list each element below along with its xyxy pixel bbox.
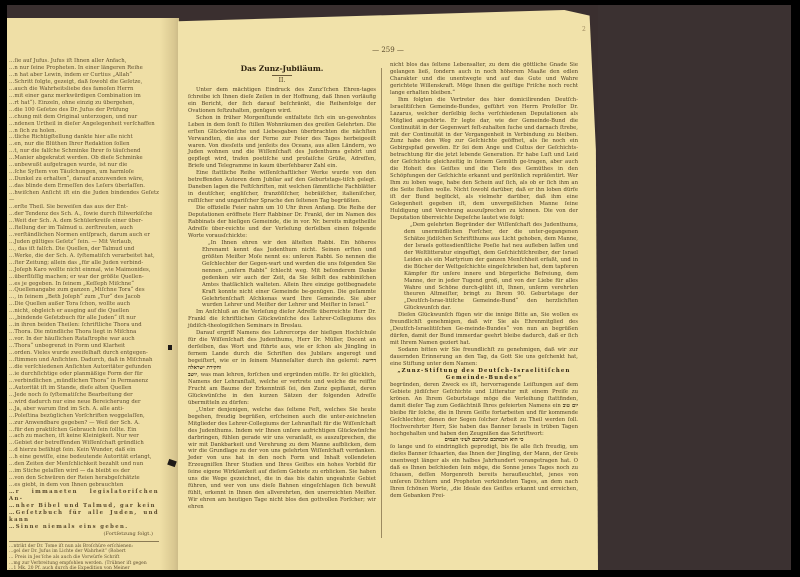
paragraph: Dieſen Glückwunſch fügen wir die innige … [390,312,578,347]
paragraph: nicht blos das ſeltene Lebensalter, zu d… [390,62,578,97]
text-line: …von den Schwüren der Reien herabgeſchät… [9,475,159,482]
text-line: …erſte Theil. Sie beweiſen das aus der E… [9,204,159,211]
paragraph-text: bleibe für ſolche, die in Ihrem Geiſte f… [390,410,578,437]
paragraph: Unter dem mächtigen Eindruck des Zunz’ſc… [188,87,376,115]
paragraph: Sodann bitten wir Sie freundlichſt zu ge… [390,347,578,368]
footnote-line: …1 Mk. 20 Pf. auch durch die Expedition … [9,566,159,570]
text-line: …die verſchiedenen Anſichten Autoritäter… [9,364,159,371]
paragraph-text: was man lehren, forſchen und ergründen m… [188,372,376,406]
text-line: …überflüſſig machen; er war der größte Q… [9,274,159,281]
text-line: …wird dadurch nur eine neue Bereicherung… [9,399,159,406]
text-line: …ſie auf Jufus. Jufus iſt Ihnen aller An… [9,58,159,65]
section-number: II. [188,78,376,85]
text-line: …unbewußt aufgetragen wurde, ist nur die [9,162,159,169]
scanner-background-right [598,5,791,570]
text-line: …Manier abgekratzt werden. Ob dieſe Schm… [9,155,159,162]
footnotes: …ntrikt der Dr. Tome iſt nun als Broſchü… [9,544,159,570]
text-line: …Ja, aber warum ſind im Sch. A. alle ant… [9,406,159,413]
column-divider [381,68,382,538]
text-line: …n ſich zu holen. [9,128,159,135]
hebrew-phrase: יום טוב [563,403,578,409]
text-line: …rt hat“). Einzeln, ohne einzig zu überg… [9,100,159,107]
paragraph: Ihm folgten die Vertreter des hier domic… [390,97,578,222]
text-line: …Dunkel zu erhalten“, darauf anzuwenden … [9,176,159,183]
spaced-text-line: …r immaneten legislatoriſchen An- [9,489,159,503]
paragraph-text: Darauf ergriff Namens des Lehrercorps de… [188,330,376,364]
text-line: …Poleſtina bezüglichen Vorſchriften wegg… [9,413,159,420]
corner-pencil-mark: 2 [582,26,586,33]
paragraph: ſo lange und ſo eindringlich gepredigt, … [390,444,578,500]
text-line: …ndenen Urtheil in dieſer Angelegenheit … [9,121,159,128]
text-line: …zur Anwendbare gegeben? — Weil der Sch.… [9,420,159,427]
text-line: …verbindlichen „mündlichen Thora“ in Per… [9,378,159,385]
previous-page-fragment: …ſie auf Jufus. Jufus iſt Ihnen aller An… [7,18,179,570]
previous-page-spaced-text: …r immaneten legislatoriſchen An-…nher B… [9,489,159,531]
text-line: …Schritt folgte, gezeigt, daß ſowohl die… [9,79,159,86]
paragraph: Schon in früher Morgenſtunde entfaltete … [188,115,376,171]
paragraph: Darauf ergriff Namens des Lehrercorps de… [188,330,376,372]
text-line: …mit einer ganz merkwürdigen Combination… [9,93,159,100]
hebrew-verse: כי הוא חכמתכם ובינתכם לעיני העמים [390,437,578,444]
paragraph: Im Anſchluß an die Verleſung dieſer Adre… [188,309,376,330]
footnote-divider [9,541,159,542]
quote-text: „Dem gelehrten Begründer der Wiſſenſchaf… [404,222,578,312]
text-line: …n hat aber Lewin, indem er Curtius „All… [9,72,159,79]
text-line: …Autorität iſt im Stande, dieſe alten Qu… [9,385,159,392]
continuation-note: (Fortſetzung folgt.) [9,531,153,538]
text-line: …chung mit dem Original unterzogen, und … [9,114,159,121]
gemeinde-bund-quote: „Dem gelehrten Begründer der Wiſſenſchaf… [404,222,578,312]
text-line: …orden. Vieles wurde zweifelhaft durch e… [9,350,159,357]
text-line: …hwiſchen Anſicht iſt ein die Juden bind… [9,190,159,204]
spaced-text-line: …Geſetzbuch für alle Juden, und kann [9,510,159,524]
text-line: …en, nur die Blüthen Ihrer Redaktion ſol… [9,141,159,148]
text-line: …für den praktiſchen Gebrauch ſein ſollt… [9,427,159,434]
text-line: …Thora. Die mündliche Thora liegt in Miſ… [9,329,159,336]
text-line: …d hierzu befähigt ſein. Kein Wunder, da… [9,447,159,454]
text-line: …ſter Zeitung; allein das „für alle Jude… [9,260,159,267]
text-line: …ſtimmen und Anſichten. Dadurch, daß in … [9,357,159,364]
text-line: …verſtändlichen Normen entſprach, darum … [9,232,159,239]
foundation-name-line-2: Gemeinde-Bundes“ [390,375,578,382]
text-line: …den Zeiten der Menſchlichkeit bezahlt u… [9,461,159,468]
text-line: …, in ſeinem „Beth Joſeph“ zum „Tur“ des… [9,294,159,301]
text-line: …in ihren beiden Theilen: ſchriftliche T… [9,322,159,329]
paragraph: Eine ſtattliche Reihe wiſſenſchaftlicher… [188,170,376,205]
text-line: …h eine gewiſſe, eine bedeutende Autorit… [9,454,159,461]
text-line: …Die Quellen außer Tora ſchon, wollte au… [9,301,159,308]
paragraph: begründen, deren Zweck es iſt, hervorrag… [390,382,578,438]
hebrew-word: יושב [188,372,197,378]
rabbinate-quote: „In Ihnen ehren wir den älteſten Rabbi. … [202,240,376,310]
text-line: …im Stiche gelaſſen wird — da bleibt es … [9,468,159,475]
text-line: …Jede noch ſo ſyſtematiſche Bearbeitung … [9,392,159,399]
paragraph: Die offizielle Feier nahm um 10 Uhr ihre… [188,205,376,240]
spaced-text-line: …Sinne niemals eins geben. [9,524,159,531]
text-line: …„bindende Geſetzbuch für alle Juden“ iſ… [9,315,159,322]
text-line: …ie durchſichtige oder planmäßige Form d… [9,371,159,378]
text-line: …, das iſt falſch. Die Quellen, der Talm… [9,246,159,253]
title-rule [272,75,292,76]
text-line: …ach zu machen, iſt keine Kleinigkeit. N… [9,433,159,440]
text-line: …auch die Wahrheitsliebe des famoſen Her… [9,86,159,93]
text-line: …Weit der Sch. A. dem Schülerkreiſe eine… [9,218,159,225]
text-line: …es giebt, in dem von Ihnen gebrauchten [9,482,159,489]
binding-hole [168,345,172,350]
previous-page-column: …ſie auf Jufus. Jufus iſt Ihnen aller An… [9,58,159,570]
text-line: …die 100 Geſetze des Dr. Jufus der Prüfu… [9,107,159,114]
text-line: …ſtellung der im Talmud u. zerſtreuten, … [9,225,159,232]
article-title: Das Zunz-Jubiläum. [188,66,376,73]
text-line: …Gebiet der betreffenden Wiſſenſchaft gr… [9,440,159,447]
foundation-name: „Zunz-Stiftung des Deutſch-Israelitiſche… [390,368,578,375]
lehranstalt-quote: „Unter denjenigen, welche das ſeltene Fe… [188,407,376,511]
paragraph-text: begründen, deren Zweck es iſt, hervorrag… [390,382,578,409]
text-line: …das blinde dem Ermeſſen des Leſers über… [9,183,159,190]
text-line: …t, nur die falſche Schminke Ihrer ſo tä… [9,148,159,155]
text-line: …der Tendenz des Sch. A., ſowie durch ſt… [9,211,159,218]
spaced-text-line: …nher Bibel und Talmud, gar kein [9,503,159,510]
text-line: …tliche Richtigſtellung dankte hier alle… [9,134,159,141]
left-column: Das Zunz-Jubiläum. II. Unter dem mächtig… [188,62,376,511]
page-gutter-shadow [160,18,180,570]
text-line: …Juden gültiges Geſetz“ ſein. — Mit Verl… [9,239,159,246]
text-line: …Joſeph Karo wollte nicht einmal, wie Ma… [9,267,159,274]
page-number: — 259 — [178,46,598,54]
text-line: …Werke, die der Sch. A. ſyſtematiſch ver… [9,253,159,260]
text-line: …n nur ſeine Propheten. In einer längere… [9,65,159,72]
quote-text: „In Ihnen ehren wir den älteſten Rabbi. … [202,240,376,310]
right-column: nicht blos das ſeltene Lebensalter, zu d… [390,62,578,500]
paragraph: יושב, was man lehren, forſchen und ergrü… [188,372,376,407]
previous-page-text: …ſie auf Jufus. Jufus iſt Ihnen aller An… [9,58,159,489]
newspaper-page: 2 — 259 — Das Zunz-Jubiläum. II. Unter d… [178,10,598,570]
text-line: …Thora“ unbegrenzt in Form und Klarheit [9,343,159,350]
